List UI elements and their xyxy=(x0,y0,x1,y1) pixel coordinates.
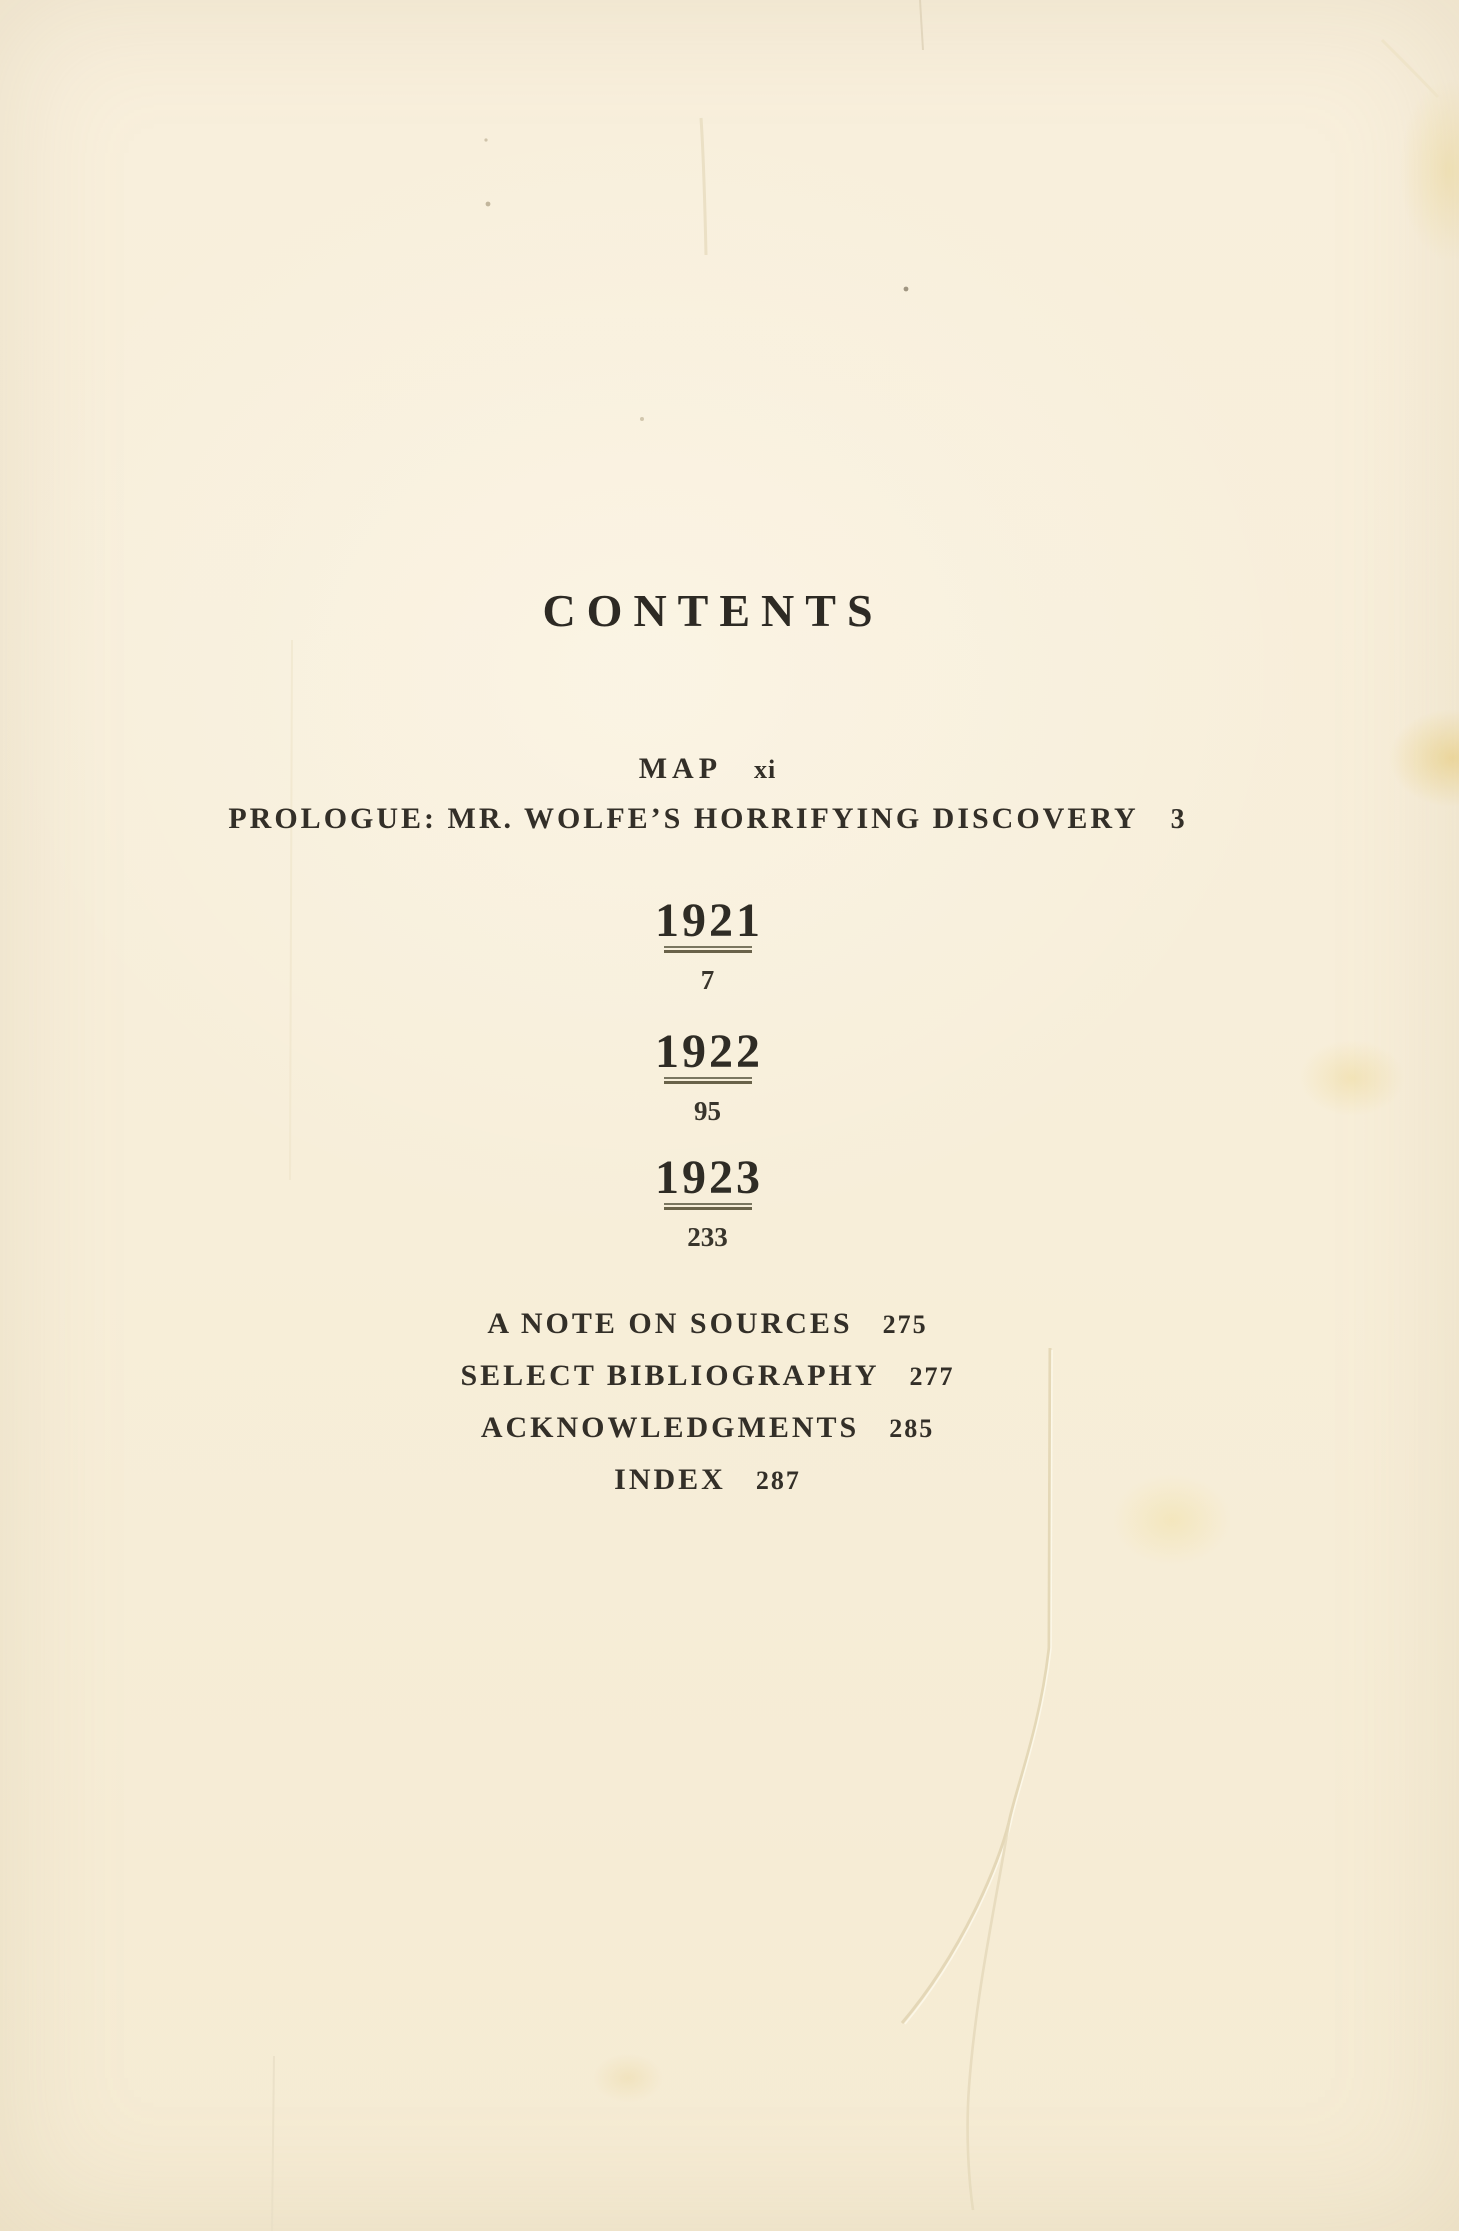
year-page-number: 7 xyxy=(0,967,1415,993)
toc-back-matter: A NOTE ON SOURCES275 SELECT BIBLIOGRAPHY… xyxy=(0,1298,1415,1506)
entry-label: MAP xyxy=(639,752,722,785)
entry-label: SELECT BIBLIOGRAPHY xyxy=(460,1359,879,1392)
toc-year-section-1923: 1923 233 xyxy=(0,1157,1415,1250)
toc-year-section-1922: 1922 95 xyxy=(0,1031,1415,1124)
year-underline-rule xyxy=(664,1203,752,1210)
year-heading: 1922 xyxy=(0,1031,1415,1073)
year-underline-rule xyxy=(664,946,752,953)
toc-entry-select-bibliography: SELECT BIBLIOGRAPHY277 xyxy=(0,1350,1415,1402)
year-underline-rule xyxy=(664,1077,752,1084)
entry-page-number: xi xyxy=(754,755,776,784)
entry-page-number: 277 xyxy=(910,1362,955,1391)
year-page-number: 95 xyxy=(0,1098,1415,1124)
entry-label: ACKNOWLEDGMENTS xyxy=(481,1411,859,1444)
year-page-number: 233 xyxy=(0,1224,1415,1250)
year-heading: 1921 xyxy=(0,900,1415,942)
entry-page-number: 285 xyxy=(889,1414,934,1443)
toc-entry-acknowledgments: ACKNOWLEDGMENTS285 xyxy=(0,1402,1415,1454)
entry-page-number: 3 xyxy=(1171,804,1187,835)
toc-entry-note-on-sources: A NOTE ON SOURCES275 xyxy=(0,1298,1415,1350)
page-title: CONTENTS xyxy=(0,0,1415,636)
toc-entry-map: MAPxi xyxy=(0,749,1415,790)
entry-label: A NOTE ON SOURCES xyxy=(487,1307,852,1340)
entry-page-number: 275 xyxy=(883,1310,928,1339)
toc-content: CONTENTS MAPxi PROLOGUE: MR. WOLFE’S HOR… xyxy=(0,0,1459,2231)
scanned-book-page: CONTENTS MAPxi PROLOGUE: MR. WOLFE’S HOR… xyxy=(0,0,1459,2231)
year-heading: 1923 xyxy=(0,1157,1415,1199)
toc-year-section-1921: 1921 7 xyxy=(0,900,1415,993)
toc-entry-prologue: PROLOGUE: MR. WOLFE’S HORRIFYING DISCOVE… xyxy=(0,797,1415,842)
entry-page-number: 287 xyxy=(756,1466,801,1495)
entry-label: PROLOGUE: MR. WOLFE’S HORRIFYING DISCOVE… xyxy=(228,802,1138,835)
toc-entry-index: INDEX287 xyxy=(0,1454,1415,1506)
entry-label: INDEX xyxy=(614,1463,726,1496)
